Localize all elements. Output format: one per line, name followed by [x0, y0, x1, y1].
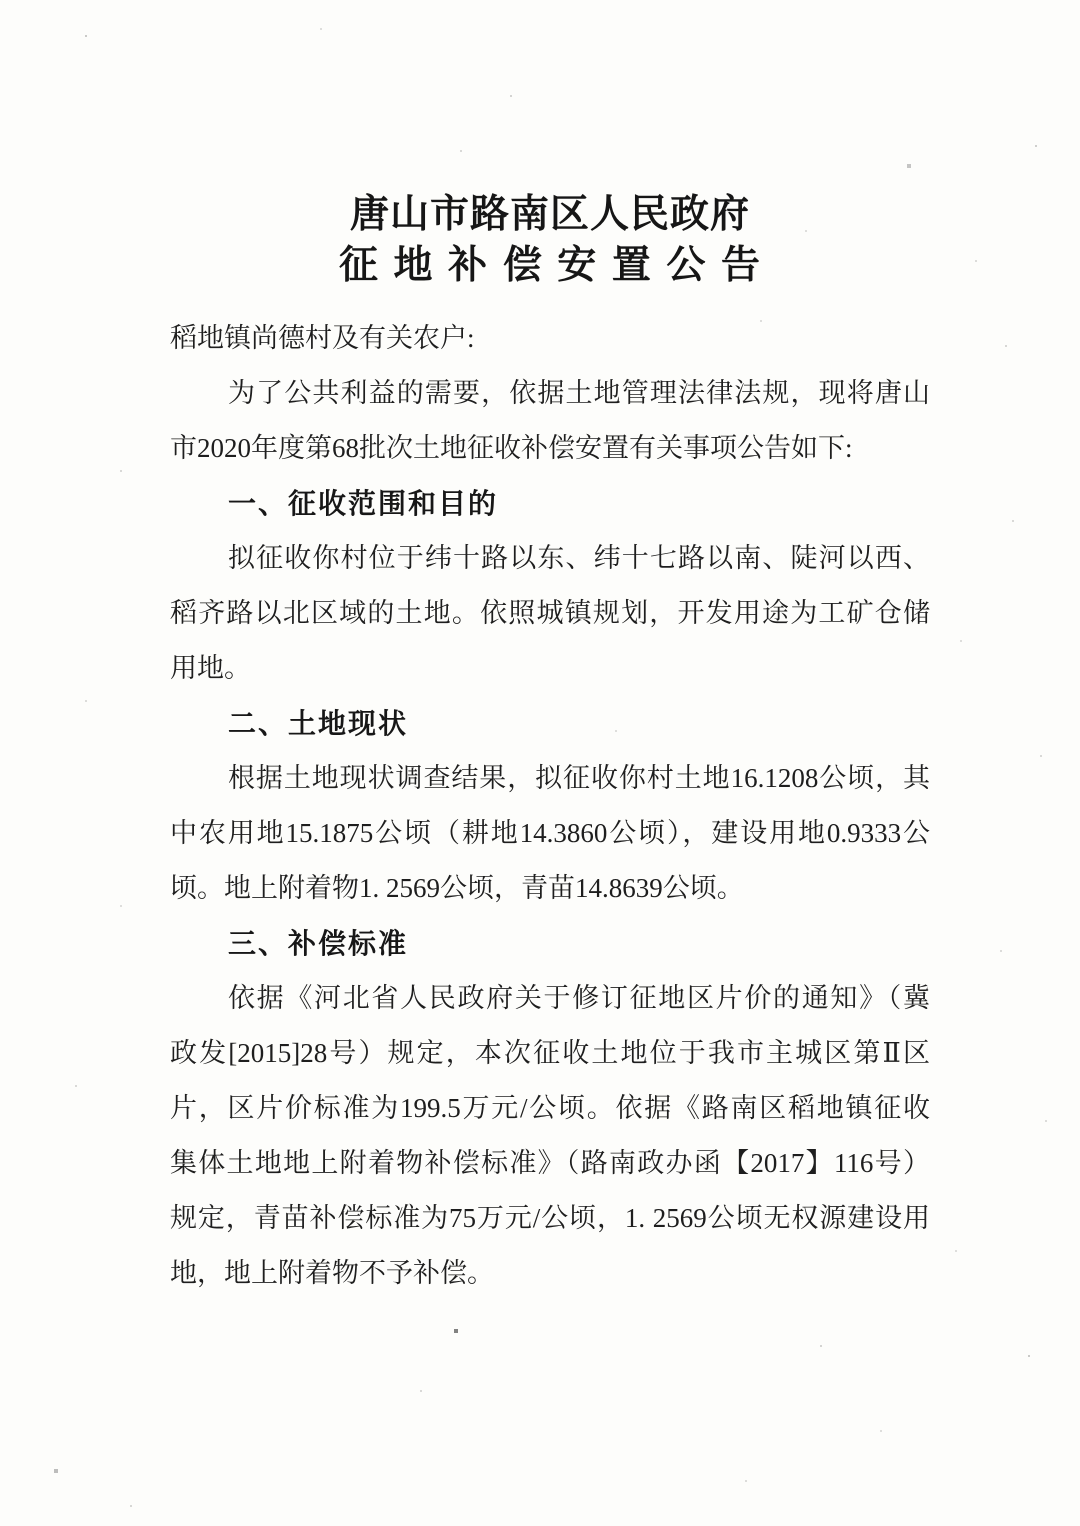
section-2-heading: 二、土地现状: [170, 696, 930, 751]
scanned-announcement-page: 唐山市路南区人民政府 征 地 补 偿 安 置 公 告 稻地镇尚德村及有关农户: …: [0, 0, 1080, 1526]
section-1-line-2: 稻齐路以北区域的土地。依照城镇规划，开发用途为工矿仓储: [170, 586, 930, 641]
section-3-line-4: 集体土地地上附着物补偿标准》（路南政办函【2017】116号）: [170, 1136, 930, 1191]
document-issuer-title: 唐山市路南区人民政府: [170, 190, 930, 240]
salutation: 稻地镇尚德村及有关农户:: [170, 311, 930, 366]
section-2-line-1: 根据土地现状调查结果，拟征收你村土地16.1208公顷，其: [170, 751, 930, 806]
section-3-line-3: 片，区片价标准为199.5万元/公顷。依据《路南区稻地镇征收: [170, 1081, 930, 1136]
section-3-line-2: 政发[2015]28号）规定，本次征收土地位于我市主城区第Ⅱ区: [170, 1026, 930, 1081]
section-1-heading: 一、征收范围和目的: [170, 476, 930, 531]
document-subject-title: 征 地 补 偿 安 置 公 告: [170, 240, 930, 292]
section-2-line-2: 中农用地15.1875公顷（耕地14.3860公顷），建设用地0.9333公: [170, 806, 930, 861]
scan-noise-speckles: [0, 0, 2, 2]
section-1-line-1: 拟征收你村位于纬十路以东、纬十七路以南、陡河以西、: [170, 531, 930, 586]
section-3-line-1: 依据《河北省人民政府关于修订征地区片价的通知》（冀: [170, 971, 930, 1026]
section-2-line-3: 顷。地上附着物1. 2569公顷，青苗14.8639公顷。: [170, 861, 930, 916]
intro-line-2: 市2020年度第68批次土地征收补偿安置有关事项公告如下:: [170, 421, 930, 476]
section-1-line-3: 用地。: [170, 641, 930, 696]
section-3-line-5: 规定，青苗补偿标准为75万元/公顷，1. 2569公顷无权源建设用: [170, 1191, 930, 1246]
intro-line-1: 为了公共利益的需要，依据土地管理法律法规，现将唐山: [170, 366, 930, 421]
section-3-heading: 三、补偿标准: [170, 916, 930, 971]
section-3-line-6: 地，地上附着物不予补偿。: [170, 1246, 930, 1301]
document-content: 唐山市路南区人民政府 征 地 补 偿 安 置 公 告 稻地镇尚德村及有关农户: …: [170, 190, 930, 1301]
